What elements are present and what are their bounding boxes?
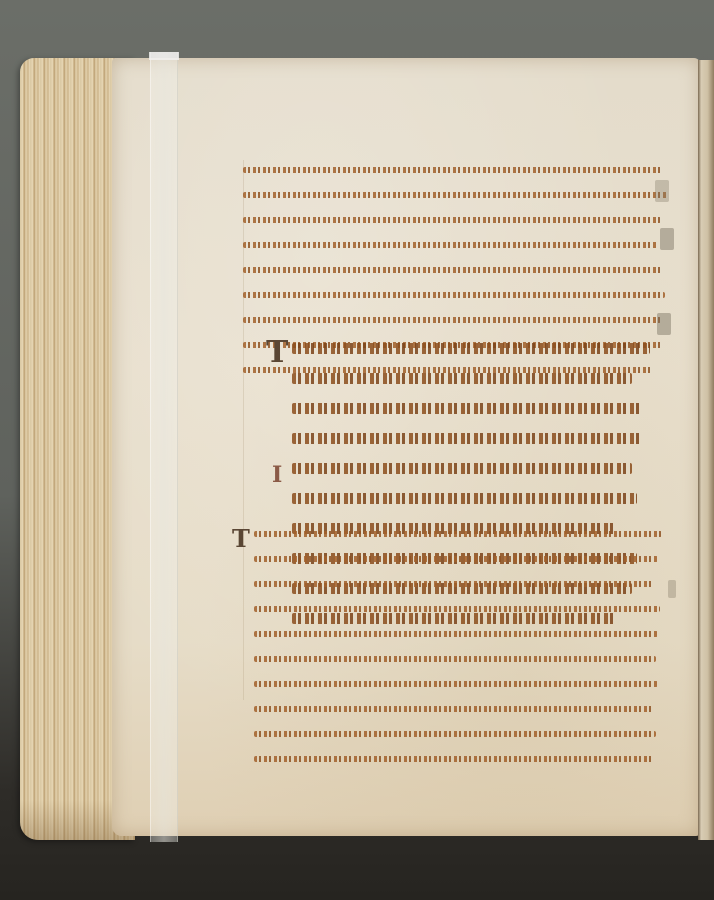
text-line	[254, 574, 674, 592]
marginal-mark	[657, 313, 671, 335]
text-line	[254, 524, 674, 542]
text-line	[243, 310, 668, 328]
text-line	[243, 210, 668, 228]
text-line	[292, 455, 672, 479]
marginal-mark	[660, 228, 674, 250]
text-line	[243, 160, 668, 178]
text-line	[254, 549, 674, 567]
decorated-initial: T	[232, 524, 250, 553]
text-line	[292, 485, 672, 509]
book-gutter	[698, 60, 714, 840]
decorated-initial: T	[266, 335, 288, 370]
text-line	[254, 649, 674, 667]
text-line	[243, 235, 668, 253]
text-line	[243, 260, 668, 278]
text-line	[254, 599, 674, 617]
text-line	[292, 335, 672, 359]
text-line	[292, 365, 672, 389]
text-line	[254, 749, 674, 767]
marginal-mark	[655, 180, 669, 202]
text-line	[292, 395, 672, 419]
text-line	[243, 185, 668, 203]
text-line	[254, 674, 674, 692]
marginal-mark	[668, 580, 676, 598]
text-line	[254, 724, 674, 742]
text-line	[292, 425, 672, 449]
manuscript-book: T I T	[0, 0, 714, 900]
text-line	[254, 699, 674, 717]
decorated-initial: I	[272, 462, 282, 488]
text-block-lower	[254, 524, 674, 774]
text-line	[243, 285, 668, 303]
text-line	[254, 624, 674, 642]
transparent-tape-strip	[150, 52, 178, 842]
